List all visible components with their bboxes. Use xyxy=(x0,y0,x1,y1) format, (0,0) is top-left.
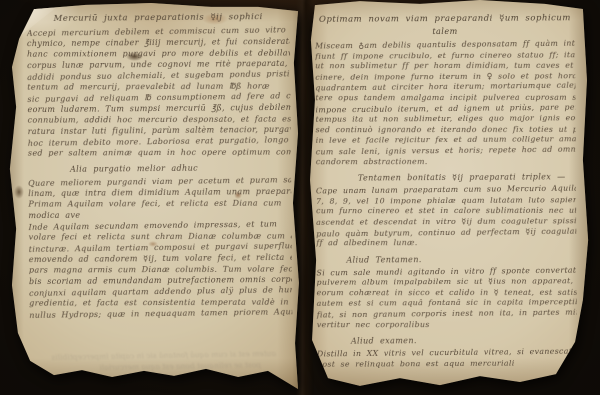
right-heading-aliud-tentamen: Aliud Tentamen. xyxy=(346,254,576,264)
manuscript-photo: Mercuriū juxta praeparationis ☿ij sophic… xyxy=(0,0,600,395)
left-page: Mercuriū juxta praeparationis ☿ij sophic… xyxy=(6,3,304,389)
manuscript-line: ut non sublimetur ff per horam dimidiam,… xyxy=(315,61,575,72)
manuscript-line: sed continuò ignorando et iterando donec… xyxy=(316,125,576,136)
left-page-paper: Mercuriū juxta praeparationis ☿ij sophic… xyxy=(6,3,304,389)
manuscript-line: ff ad albedinem lunæ. xyxy=(316,238,576,249)
manuscript-line: post se relinquat bona est aqua mercuria… xyxy=(317,358,577,370)
right-page-text: Optimam novam viam praeparandi ☿um sophi… xyxy=(315,13,577,370)
right-heading-aliud-examen: Aliud examen. xyxy=(351,335,577,345)
right-paragraph-1: Misceam ♁am debilis quantulis desponsata… xyxy=(315,39,576,168)
right-page: Optimam novam viam praeparandi ☿um sophi… xyxy=(299,0,589,393)
right-page-title-line2: talem xyxy=(315,26,575,37)
manuscript-line: connubium, addidi hoc mercurio desponsat… xyxy=(28,113,291,125)
left-page-title: Mercuriū juxta praeparationis ☿ij sophic… xyxy=(27,12,290,24)
manuscript-line: Primam Aquilam volare feci, et relicta e… xyxy=(28,197,291,209)
right-page-paper: Optimam novam viam praeparandi ☿um sophi… xyxy=(299,0,589,393)
manuscript-line: hanc commixtionem purgavi pro more debil… xyxy=(27,47,290,59)
stain-spot xyxy=(14,185,24,199)
show-through-text: post se relinquat bona est aqua mercuria… xyxy=(61,359,261,373)
right-paragraph-2: Cape unam lunam praeparatam cum suo Merc… xyxy=(316,184,576,249)
right-page-title: Optimam novam viam praeparandi ☿um sophi… xyxy=(315,13,575,25)
right-heading-tentamen: Tentamen bonitatis ☿ij praeparati triple… xyxy=(358,172,576,182)
left-heading-alia-purgatio: Alia purgatio melior adhuc xyxy=(70,163,291,174)
manuscript-line: sed per saltem animæ quam in hoc opere o… xyxy=(28,146,291,158)
right-paragraph-3: Si cum sale mundi agitando in vitro ff s… xyxy=(316,266,576,331)
manuscript-line: vertitur nec corporalibus xyxy=(317,319,577,330)
manuscript-line: eorum cohæreat in sicco et calido in ☿ t… xyxy=(317,288,577,299)
left-paragraph-2: Quare meliorem purgandi viam per acetum … xyxy=(28,175,292,320)
manuscript-line: cum furno cinereo et stet in calore subl… xyxy=(316,206,576,217)
left-page-text: Mercuriū juxta praeparationis ☿ij sophic… xyxy=(27,12,293,320)
left-paragraph-1: Accepi mercurium debilem et commiscui cu… xyxy=(27,25,291,159)
manuscript-line: pars magna armis cum Dianæ columbis. Tum… xyxy=(29,263,292,275)
manuscript-line: nullus Hydrops; quæ in nequaquam tamen p… xyxy=(29,306,292,321)
manuscript-line: candorem abstractionem. xyxy=(316,156,576,167)
right-paragraph-4: Distilla in XX vitris vel cucurbitula vi… xyxy=(317,347,577,370)
